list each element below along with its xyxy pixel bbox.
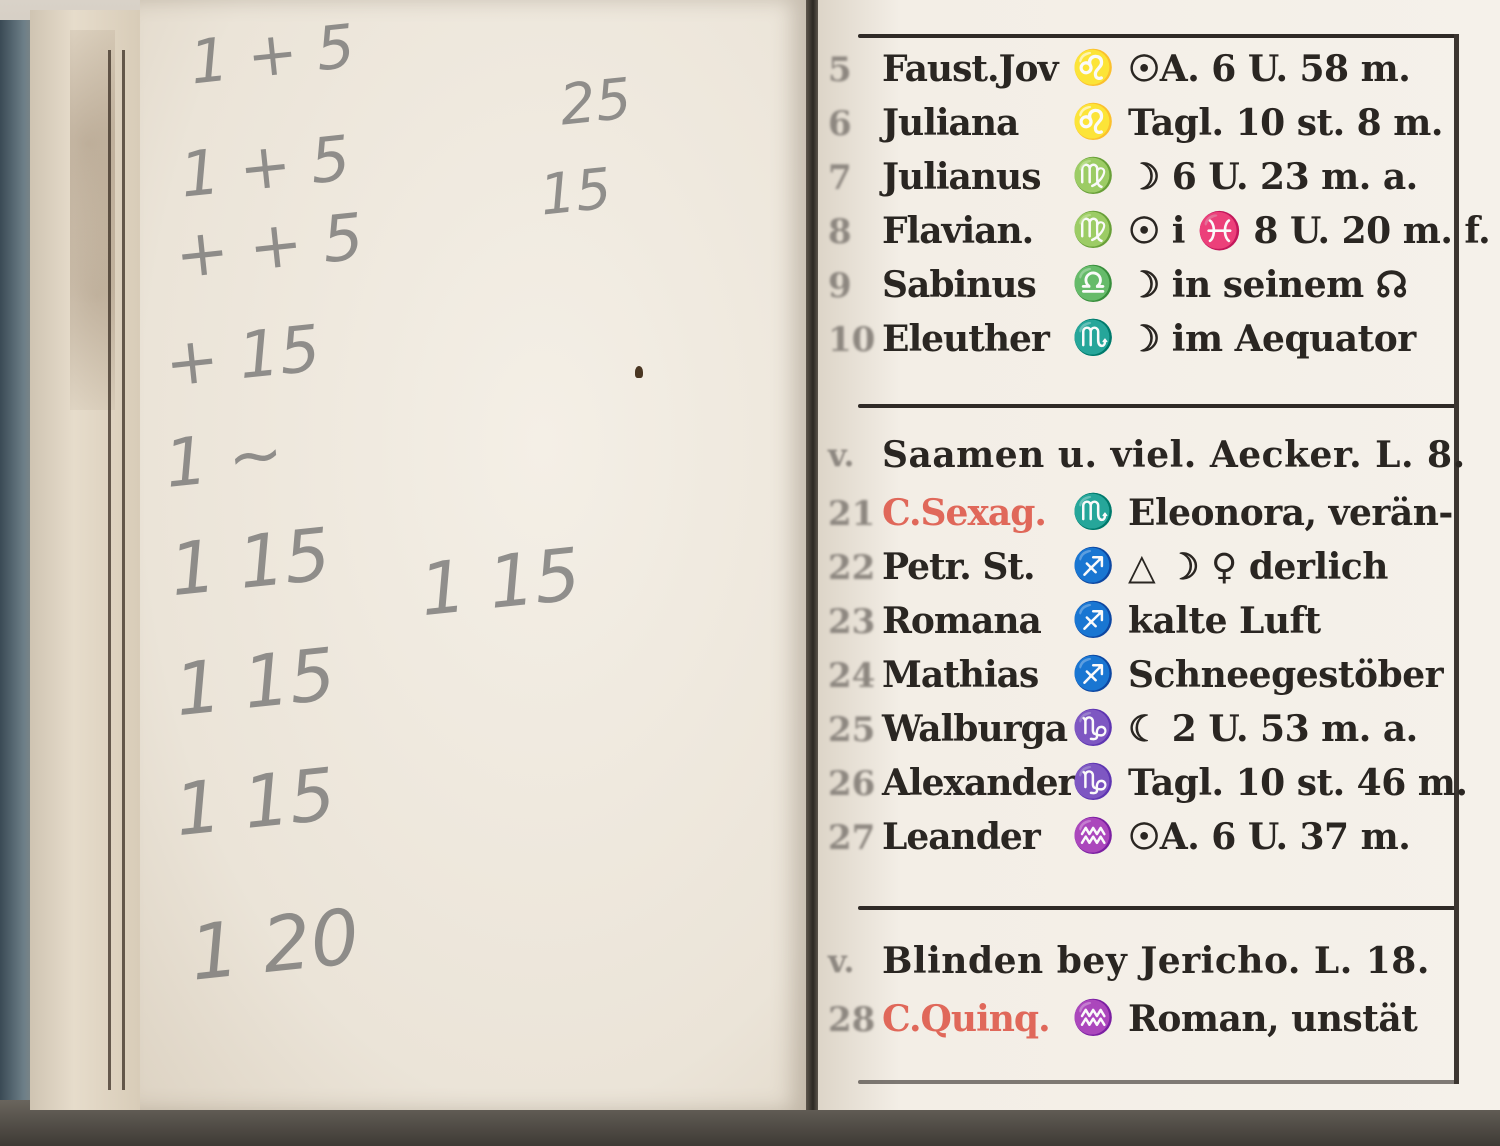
- calendar-row: 10Eleuther♏☽ im Aequator: [818, 316, 1500, 370]
- calendar-row: 23Romana♐kalte Luft: [818, 598, 1500, 652]
- calendar-row: 7Julianus♍☽ 6 U. 23 m. a.: [818, 154, 1500, 208]
- zodiac-sign-icon: ♑: [1072, 762, 1114, 802]
- handwritten-pencil-note: 1 + 5: [187, 12, 358, 99]
- handwritten-pencil-note: 1 15: [171, 632, 339, 732]
- day-number: 10: [828, 320, 875, 360]
- calendar-row: 24Mathias♐Schneegestöber: [818, 652, 1500, 706]
- zodiac-sign-icon: ♏: [1072, 492, 1114, 532]
- astronomical-note: Roman, unstät: [1128, 998, 1417, 1040]
- calendar-row: 21C.Sexag.♏Eleonora, verän-: [818, 490, 1500, 544]
- gospel-heading: v. Blinden bey Jericho. L. 18.: [818, 938, 1500, 992]
- handwritten-pencil-note: 1 15: [416, 532, 584, 632]
- day-number: 7: [828, 158, 852, 198]
- day-number: 8: [828, 212, 852, 252]
- day-number: 9: [828, 266, 852, 306]
- handwritten-pencil-note: + + 5: [172, 200, 367, 293]
- astronomical-note: ☽ im Aequator: [1128, 318, 1416, 360]
- zodiac-sign-icon: ♍: [1072, 210, 1114, 250]
- calendar-row: 26Alexander♑Tagl. 10 st. 46 m.: [818, 760, 1500, 814]
- page-edge-line: [108, 50, 111, 1090]
- week-divider-rule: [858, 906, 1458, 910]
- gospel-text: Saamen u. viel. Aecker. L. 8.: [882, 434, 1466, 476]
- zodiac-sign-icon: ♎: [1072, 264, 1114, 304]
- astronomical-note: kalte Luft: [1128, 600, 1321, 642]
- astronomical-note: △ ☽ ♀ derlich: [1128, 546, 1388, 588]
- handwritten-pencil-note: 1 15: [166, 512, 334, 612]
- handwritten-pencil-note: 1 + 5: [177, 121, 354, 211]
- saint-name: Leander: [882, 816, 1040, 858]
- zodiac-sign-icon: ♌: [1072, 48, 1114, 88]
- saint-name: Romana: [882, 600, 1041, 642]
- gospel-mark: v.: [828, 436, 855, 474]
- astronomical-note: Eleonora, verän-: [1128, 492, 1453, 534]
- calendar-row: 9Sabinus♎☽ in seinem ☊: [818, 262, 1500, 316]
- astronomical-note: ☉ i ♓ 8 U. 20 m. f.: [1128, 210, 1490, 252]
- calendar-row: 6Juliana♌Tagl. 10 st. 8 m.: [818, 100, 1500, 154]
- saint-name: Petr. St.: [882, 546, 1035, 588]
- zodiac-sign-icon: ♒: [1072, 998, 1114, 1038]
- astronomical-note: ☉A. 6 U. 37 m.: [1128, 816, 1410, 858]
- right-page: 5Faust.Jov♌☉A. 6 U. 58 m.6Juliana♌Tagl. …: [818, 0, 1500, 1110]
- handwritten-pencil-note: 1 15: [171, 752, 339, 852]
- day-number: 21: [828, 494, 875, 534]
- saint-name: Sabinus: [882, 264, 1036, 306]
- day-number: 22: [828, 548, 875, 588]
- astronomical-note: ☉A. 6 U. 58 m.: [1128, 48, 1410, 90]
- calendar-row: 25Walburga♑☾ 2 U. 53 m. a.: [818, 706, 1500, 760]
- astronomical-note: Tagl. 10 st. 8 m.: [1128, 102, 1443, 144]
- zodiac-sign-icon: ♌: [1072, 102, 1114, 142]
- calendar-row: 5Faust.Jov♌☉A. 6 U. 58 m.: [818, 46, 1500, 100]
- handwritten-pencil-note: 15: [537, 156, 615, 228]
- handwritten-pencil-note: + 15: [162, 312, 324, 402]
- handwritten-pencil-note: 1 ~: [161, 414, 287, 503]
- saint-name: Faust.Jov: [882, 48, 1057, 90]
- saint-name: Juliana: [882, 102, 1018, 144]
- page-edge-line: [122, 50, 125, 1090]
- saint-name: C.Sexag.: [882, 492, 1046, 534]
- zodiac-sign-icon: ♐: [1072, 546, 1114, 586]
- day-number: 23: [828, 602, 875, 642]
- page-stack-edges: [30, 10, 140, 1110]
- gospel-mark: v.: [828, 942, 855, 980]
- handwritten-pencil-note: 25: [557, 66, 635, 138]
- top-rule: [858, 34, 1458, 38]
- zodiac-sign-icon: ♍: [1072, 156, 1114, 196]
- zodiac-sign-icon: ♑: [1072, 708, 1114, 748]
- astronomical-note: ☽ in seinem ☊: [1128, 264, 1407, 306]
- day-number: 24: [828, 656, 875, 696]
- saint-name: Flavian.: [882, 210, 1033, 252]
- handwritten-pencil-note: 1 20: [186, 891, 364, 997]
- calendar-row: 8Flavian.♍☉ i ♓ 8 U. 20 m. f.: [818, 208, 1500, 262]
- calendar-row: 22Petr. St.♐△ ☽ ♀ derlich: [818, 544, 1500, 598]
- zodiac-sign-icon: ♏: [1072, 318, 1114, 358]
- saint-name: Mathias: [882, 654, 1038, 696]
- astronomical-note: Schneegestöber: [1128, 654, 1443, 696]
- day-number: 25: [828, 710, 875, 750]
- week-divider-rule: [858, 404, 1458, 408]
- day-number: 26: [828, 764, 875, 804]
- zodiac-sign-icon: ♐: [1072, 654, 1114, 694]
- saint-name: C.Quinq.: [882, 998, 1050, 1040]
- saint-name: Alexander: [882, 762, 1076, 804]
- calendar-row: 28C.Quinq.♒Roman, unstät: [818, 996, 1500, 1050]
- saint-name: Julianus: [882, 156, 1041, 198]
- day-number: 28: [828, 1000, 875, 1040]
- astronomical-note: ☾ 2 U. 53 m. a.: [1128, 708, 1418, 750]
- zodiac-sign-icon: ♐: [1072, 600, 1114, 640]
- gospel-text: Blinden bey Jericho. L. 18.: [882, 940, 1430, 982]
- calendar-row: 27Leander♒☉A. 6 U. 37 m.: [818, 814, 1500, 868]
- ink-spot: [635, 366, 643, 378]
- saint-name: Walburga: [882, 708, 1067, 750]
- day-number: 5: [828, 50, 852, 90]
- saint-name: Eleuther: [882, 318, 1049, 360]
- bottom-rule: [858, 1080, 1458, 1084]
- day-number: 6: [828, 104, 852, 144]
- left-page: 1 + 5251 + 515+ + 5+ 151 ~1 151 151 151 …: [140, 0, 810, 1110]
- gospel-heading: v. Saamen u. viel. Aecker. L. 8.: [818, 432, 1500, 486]
- day-number: 27: [828, 818, 875, 858]
- zodiac-sign-icon: ♒: [1072, 816, 1114, 856]
- astronomical-note: ☽ 6 U. 23 m. a.: [1128, 156, 1418, 198]
- astronomical-note: Tagl. 10 st. 46 m.: [1128, 762, 1467, 804]
